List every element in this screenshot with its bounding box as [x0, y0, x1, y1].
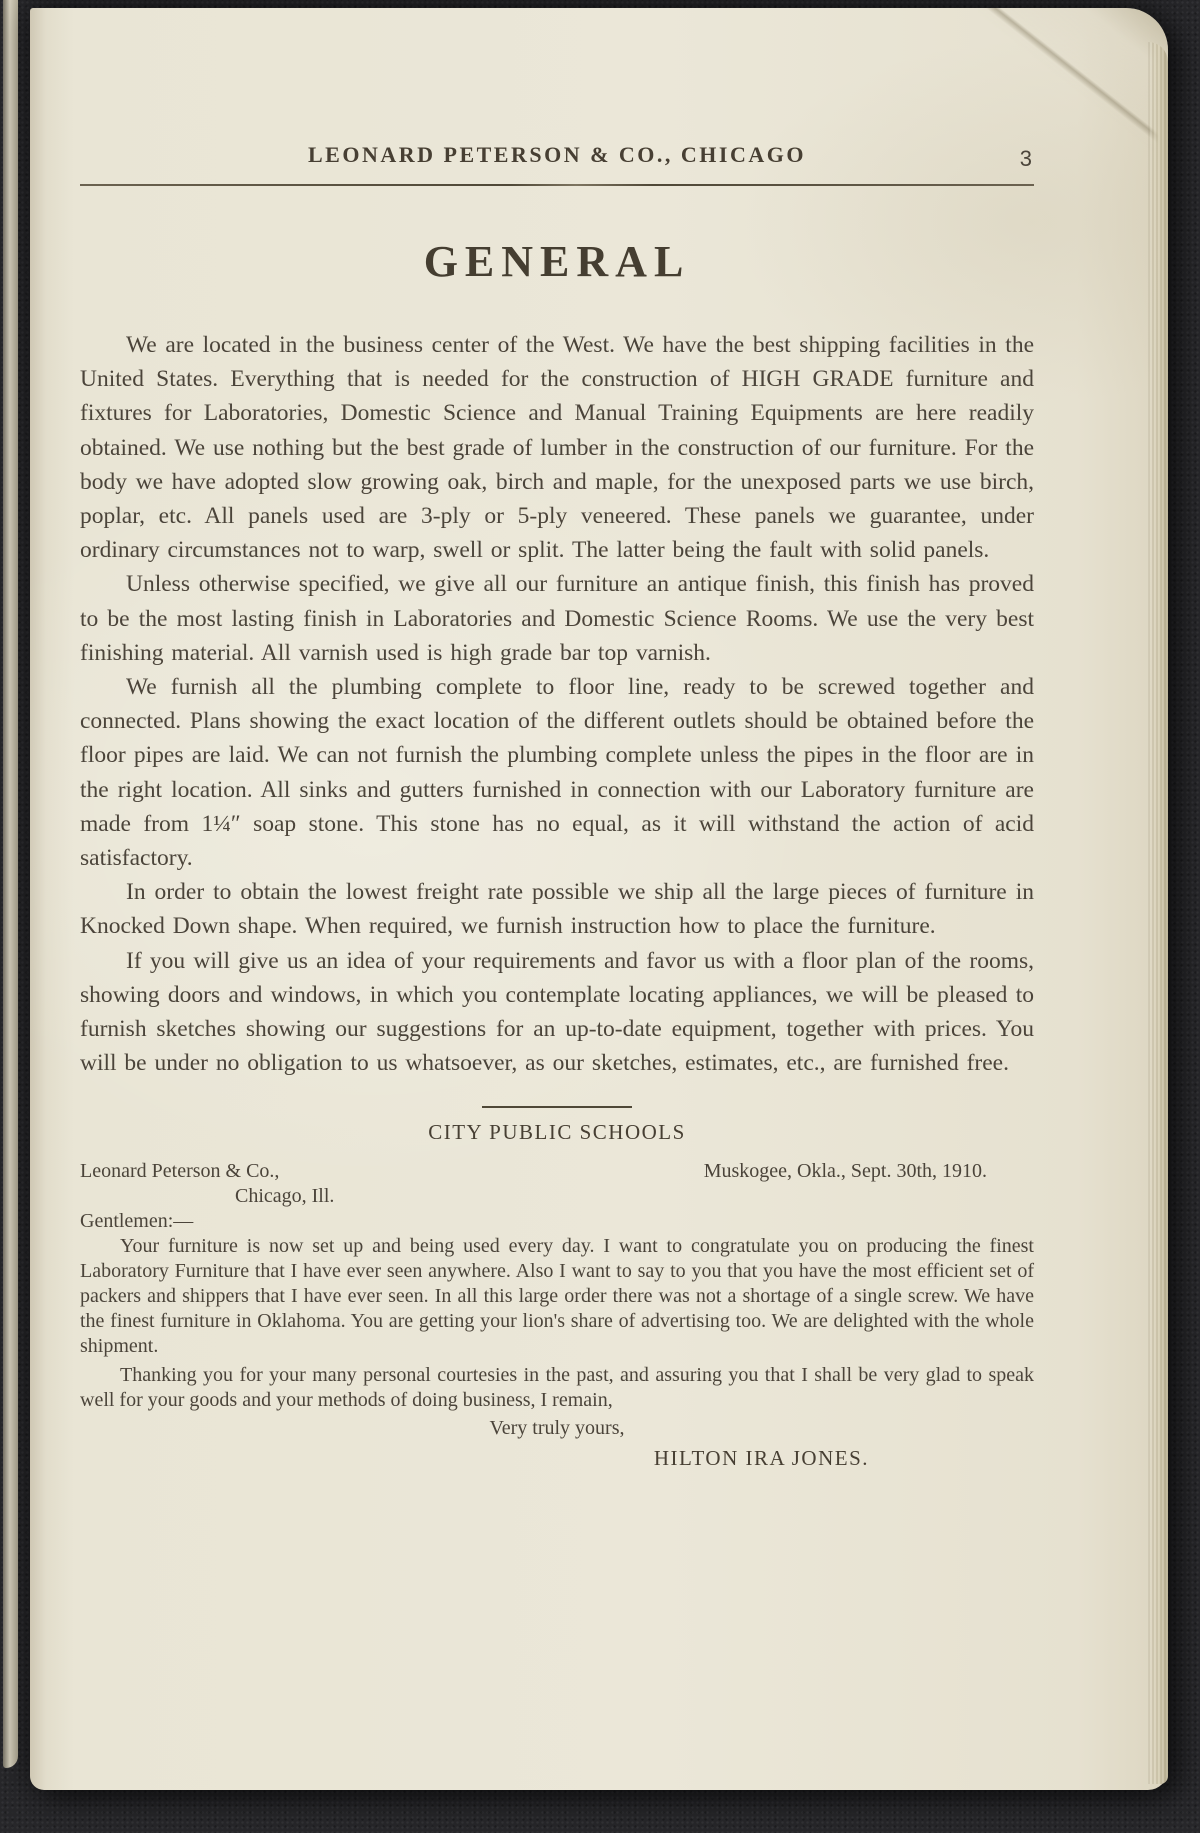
paragraph: If you will give us an idea of your requ…: [80, 944, 1034, 1081]
book-photo: { "document": { "header": { "title": "LE…: [0, 0, 1200, 1833]
letter-paragraph: Thanking you for your many personal cour…: [80, 1363, 1034, 1413]
paragraph: In order to obtain the lowest freight ra…: [80, 875, 1034, 943]
header-rule: [80, 184, 1034, 186]
letter-heading: CITY PUBLIC SCHOOLS: [80, 1120, 1034, 1145]
letter-recipient-city: Chicago, Ill.: [235, 1184, 1034, 1209]
body-text: We are located in the business center of…: [80, 328, 1034, 1080]
section-title: GENERAL: [80, 238, 1034, 286]
letter-paragraph: Your furniture is now set up and being u…: [80, 1234, 1034, 1359]
running-header: LEONARD PETERSON & CO., CHICAGO 3: [80, 142, 1034, 172]
letter-address-block: Leonard Peterson & Co., Muskogee, Okla.,…: [80, 1159, 1034, 1209]
letter-salutation: Gentlemen:—: [80, 1209, 1034, 1234]
letter-dateline: Muskogee, Okla., Sept. 30th, 1910.: [704, 1159, 987, 1184]
letter-signature: HILTON IRA JONES.: [80, 1445, 1034, 1471]
page-edge-stack: [1148, 42, 1168, 1784]
paragraph: Unless otherwise specified, we give all …: [80, 567, 1034, 670]
page-number: 3: [1020, 146, 1032, 172]
testimonial-letter: CITY PUBLIC SCHOOLS Leonard Peterson & C…: [80, 1120, 1034, 1471]
letter-valediction: Very truly yours,: [80, 1416, 1034, 1441]
underlying-page-edge: [3, 0, 18, 1768]
paragraph: We furnish all the plumbing complete to …: [80, 670, 1034, 875]
letter-divider: [482, 1106, 632, 1108]
letter-body: Your furniture is now set up and being u…: [80, 1234, 1034, 1413]
page-content: LEONARD PETERSON & CO., CHICAGO 3 GENERA…: [80, 8, 1034, 1471]
running-header-title: LEONARD PETERSON & CO., CHICAGO: [80, 142, 1034, 168]
paragraph: We are located in the business center of…: [80, 328, 1034, 567]
scanned-page: LEONARD PETERSON & CO., CHICAGO 3 GENERA…: [30, 8, 1168, 1790]
